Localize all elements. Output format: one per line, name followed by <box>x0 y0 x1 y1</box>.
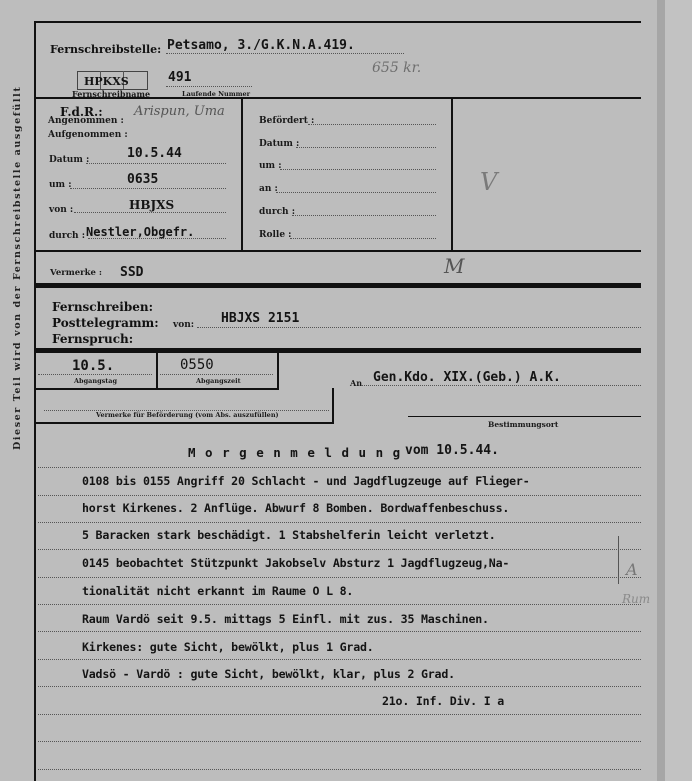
message-line: 0108 bis 0155 Angriff 20 Schlacht - und … <box>82 474 529 488</box>
datum-label: Datum : <box>49 155 89 165</box>
fernschreibname-value: HPKXS <box>84 75 129 88</box>
ruled-line <box>38 495 641 496</box>
left-border <box>34 23 36 781</box>
fwd-datum-label: Datum : <box>259 139 299 149</box>
ruled-line <box>38 467 641 468</box>
fwd-rolle-line <box>290 238 436 239</box>
box-bottom <box>34 422 334 424</box>
box-bottom <box>34 388 279 390</box>
fernschreiben-label: Fernschreiben: <box>52 300 153 314</box>
page-edge-shadow <box>657 0 665 781</box>
vermerke-befoerderung-label: Vermerke für Beförderung (vom Abs. auszu… <box>96 411 279 419</box>
message-title: M o r g e n m e l d u n g <box>188 445 401 460</box>
message-line: 0145 beobachtet Stützpunkt Jakobselv Abs… <box>82 556 509 570</box>
fernschreibstelle-label: Fernschreibstelle: <box>50 43 161 56</box>
ruled-line <box>38 714 641 715</box>
an-line <box>362 385 641 386</box>
message-signature: 21o. Inf. Div. I a <box>382 694 504 708</box>
abgangszeit-label: Abgangszeit <box>196 377 241 385</box>
margin-note: A <box>626 560 638 579</box>
fwd-an-line <box>276 192 436 193</box>
befoerdert-label: Befördert : <box>259 116 314 126</box>
message-line: Kirkenes: gute Sicht, bewölkt, plus 1 Gr… <box>82 640 374 654</box>
fwd-durch-line <box>292 215 436 216</box>
durch-value: Nestler,Obgefr. <box>86 225 194 239</box>
abgangszeit-value: 0550 <box>180 357 214 373</box>
ruled-line <box>38 769 641 770</box>
box-right <box>332 388 334 424</box>
aufgenommen-label: Aufgenommen : <box>48 130 128 140</box>
an-label: An <box>350 378 362 388</box>
ruled-line <box>38 577 641 578</box>
fernspruch-label: Fernspruch: <box>52 332 133 346</box>
an-value: Gen.Kdo. XIX.(Geb.) A.K. <box>373 370 561 385</box>
message-line: Vadsö - Vardö : gute Sicht, bewölkt, kla… <box>82 667 455 681</box>
fdr-signature: Arispun, Uma <box>134 104 225 119</box>
ruled-line <box>38 686 641 687</box>
msg-von-line <box>197 327 641 328</box>
ruled-line <box>38 522 641 523</box>
vermerke-signature: M <box>444 254 464 278</box>
um-line <box>70 188 226 189</box>
ruled-line <box>38 549 641 550</box>
fwd-um-line <box>280 169 436 170</box>
ruled-line <box>38 604 641 605</box>
fwd-rolle-label: Rolle : <box>259 230 292 240</box>
von-line <box>74 212 226 213</box>
abgangszeit-line <box>160 374 273 375</box>
um-label: um : <box>49 180 72 190</box>
fernschreibstelle-value: Petsamo, 3./G.K.N.A.419. <box>167 38 355 53</box>
message-title-date: vom 10.5.44. <box>405 443 499 458</box>
thick-divider <box>34 348 641 353</box>
header-divider <box>34 97 641 99</box>
vermerke-label: Vermerke : <box>50 268 102 278</box>
message-line: 5 Baracken stark beschädigt. 1 Stabshelf… <box>82 528 496 542</box>
fwd-datum-line <box>296 147 436 148</box>
von-label: von : <box>49 205 73 215</box>
von-value: HBJXS <box>129 198 174 212</box>
handwritten-note: 655 kr. <box>372 60 421 76</box>
laufende-nummer-value: 491 <box>168 70 191 85</box>
abgangstag-line <box>38 374 152 375</box>
bestimmungsort-label: Bestimmungsort <box>488 420 558 429</box>
margin-note: Rum <box>622 592 650 606</box>
vermerke-value: SSD <box>120 265 143 280</box>
message-line: Raum Vardö seit 9.5. mittags 5 Einfl. mi… <box>82 612 489 626</box>
box-divider <box>277 353 279 389</box>
block-divider <box>241 99 243 252</box>
datum-line <box>86 163 226 164</box>
befoerdert-line <box>308 124 436 125</box>
top-border <box>34 21 641 23</box>
page-edge <box>665 0 692 781</box>
message-line: tionalität nicht erkannt im Raume O L 8. <box>82 584 353 598</box>
block-divider <box>451 99 453 252</box>
msg-von-value: HBJXS 2151 <box>221 311 299 326</box>
um-value: 0635 <box>127 172 158 187</box>
margin-mark-line <box>618 536 619 584</box>
message-line: horst Kirkenes. 2 Anflüge. Abwurf 8 Bomb… <box>82 501 509 515</box>
block-bottom-divider <box>34 250 641 252</box>
angenommen-label: Angenommen : <box>48 116 124 126</box>
bestimmungsort-line <box>408 416 641 417</box>
datum-value: 10.5.44 <box>127 146 182 161</box>
thick-divider <box>34 283 641 288</box>
ruled-line <box>38 741 641 742</box>
abgangstag-value: 10.5. <box>72 358 114 374</box>
fernschreibstelle-line <box>166 53 404 54</box>
box-divider <box>156 353 158 389</box>
durch-label: durch : <box>49 231 85 241</box>
fwd-um-label: um : <box>259 161 282 171</box>
side-note: Dieser Teil wird von der Fernschreibstel… <box>12 86 23 450</box>
ruled-line <box>38 631 641 632</box>
ruled-line <box>38 659 641 660</box>
posttelegramm-label: Posttelegramm: <box>52 316 159 330</box>
laufende-nummer-line <box>166 86 252 87</box>
initial-mark: V <box>480 168 497 196</box>
abgangstag-label: Abgangstag <box>74 377 117 385</box>
fwd-durch-label: durch : <box>259 207 295 217</box>
msg-von-label: von: <box>173 320 194 330</box>
